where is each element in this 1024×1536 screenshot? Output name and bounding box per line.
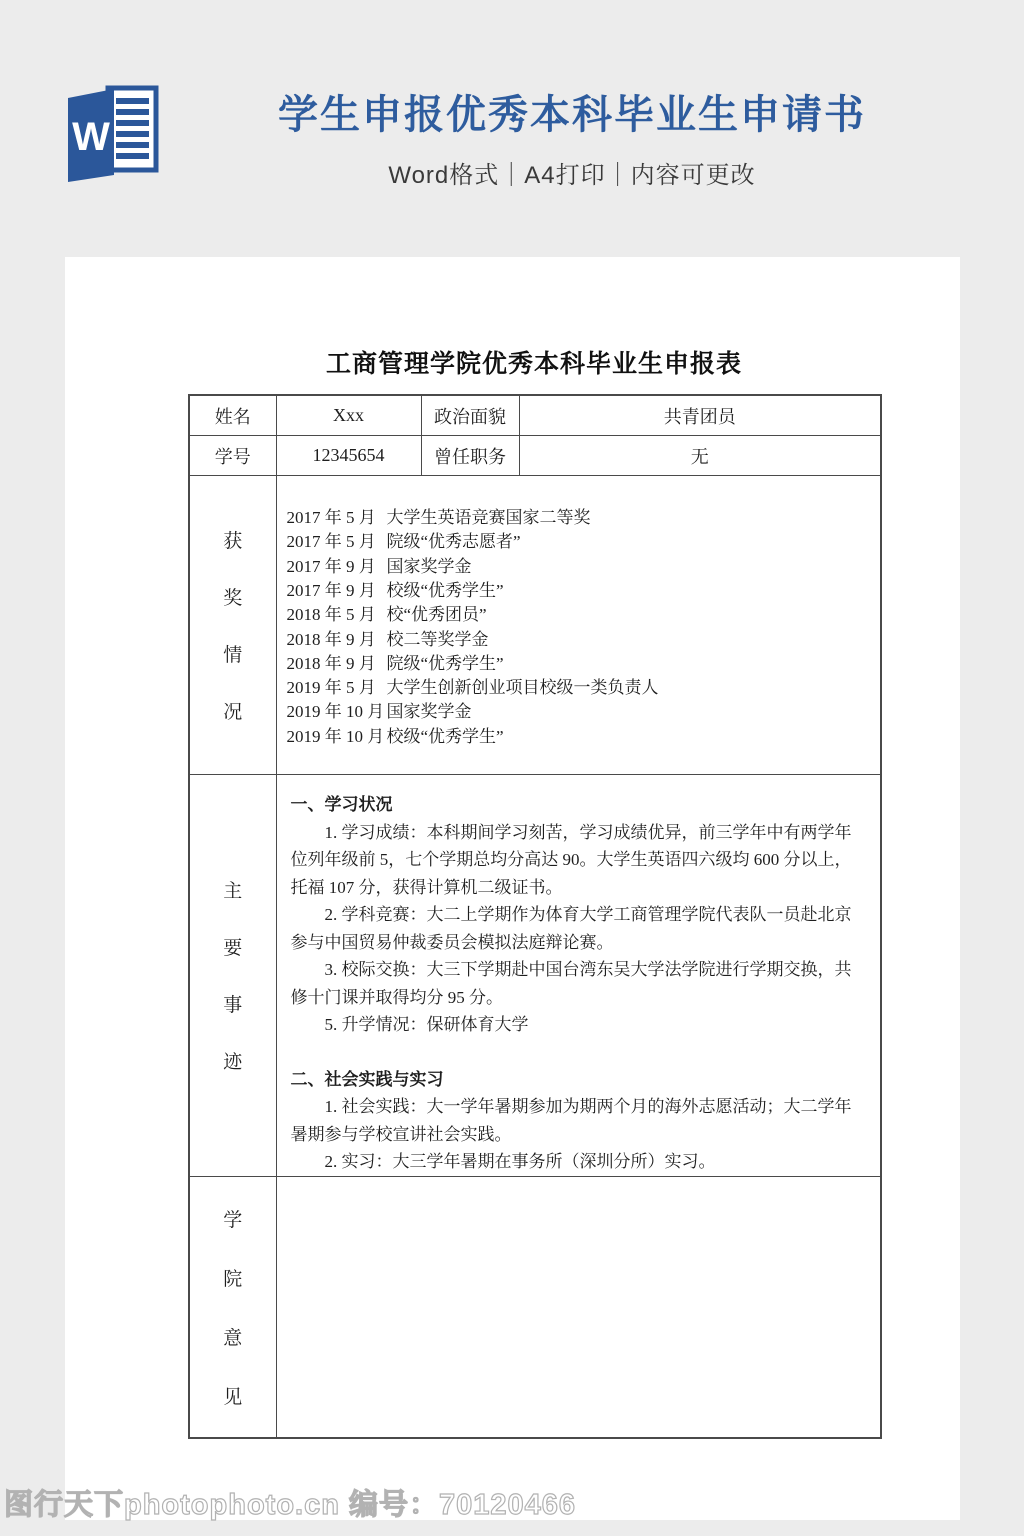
award-item: 2018 年 9 月 院级“优秀学生” [287,652,871,676]
awards-label-char: 况 [223,697,242,724]
awards-list: 2017 年 5 月 大学生英语竞赛国家二等奖 2017 年 5 月 院级“优秀… [287,506,871,749]
deeds-paragraph: 3. 校际交换：大三下学期赴中国台湾东吴大学法学院进行学期交换，共修十门课并取得… [291,956,869,1011]
award-date: 2017 年 9 月 [287,555,387,579]
deeds-label-char: 主 [223,876,242,903]
table-row-name: 姓名 Xxx 政治面貌 共青团员 [189,395,881,436]
award-item: 2019 年 10 月 国家奖学金 [287,700,871,724]
site-watermark: 图行天下photophoto.cn 编号：70120466 [4,1482,576,1523]
awards-section-label-cell: 获 奖 情 况 [189,476,276,775]
deeds-paragraph: 1. 学习成绩：本科期间学习刻苦，学习成绩优异，前三学年中有两学年位列年级前 5… [291,819,869,902]
award-name: 院级“优秀学生” [387,652,871,676]
award-name: 校二等奖学金 [387,628,871,652]
awards-label-char: 获 [223,526,242,553]
opinion-section-label-cell: 学 院 意 见 [189,1176,276,1438]
opinion-label-char: 见 [223,1382,242,1409]
awards-content-cell: 2017 年 5 月 大学生英语竞赛国家二等奖 2017 年 5 月 院级“优秀… [276,476,881,775]
deeds-label-char: 事 [223,990,242,1017]
deeds-paragraph: 2. 实习：大三学年暑期在事务所（深圳分所）实习。 [291,1148,869,1176]
former-position-value: 无 [519,436,881,476]
award-item: 2017 年 9 月 国家奖学金 [287,555,871,579]
awards-label-char: 奖 [223,583,242,610]
form-title: 工商管理学院优秀本科毕业生申报表 [188,344,880,380]
deeds-content-cell: 一、学习状况 1. 学习成绩：本科期间学习刻苦，学习成绩优异，前三学年中有两学年… [276,775,881,1177]
student-id-value: 12345654 [276,436,421,476]
deeds-paragraph: 1. 社会实践：大一学年暑期参加为期两个月的海外志愿活动；大二学年暑期参与学校宣… [291,1093,869,1148]
award-name: 校级“优秀学生” [387,579,871,603]
deeds-heading-study: 一、学习状况 [291,791,869,819]
award-item: 2017 年 9 月 校级“优秀学生” [287,579,871,603]
award-item: 2019 年 10 月 校级“优秀学生” [287,725,871,749]
opinion-label-char: 学 [223,1205,242,1232]
deeds-label-char: 要 [223,933,242,960]
award-item: 2017 年 5 月 院级“优秀志愿者” [287,530,871,554]
template-preview: W 学生申报优秀本科毕业生申请书 Word格式｜A4打印｜内容可更改 工商管理学… [0,0,1024,1536]
former-position-label: 曾任职务 [421,436,519,476]
name-value: Xxx [276,395,421,436]
award-item: 2017 年 5 月 大学生英语竞赛国家二等奖 [287,506,871,530]
deeds-label-char: 迹 [223,1047,242,1074]
awards-label-char: 情 [223,640,242,667]
award-item: 2018 年 5 月 校“优秀团员” [287,603,871,627]
header-banner: W 学生申报优秀本科毕业生申请书 Word格式｜A4打印｜内容可更改 [0,0,1024,257]
award-name: 国家奖学金 [387,555,871,579]
opinion-content-cell [276,1176,881,1438]
award-date: 2017 年 5 月 [287,506,387,530]
document-page: 工商管理学院优秀本科毕业生申报表 姓名 Xxx 政治面貌 共青团员 学号 123… [65,257,960,1520]
award-name: 校级“优秀学生” [387,725,871,749]
table-row-student-id: 学号 12345654 曾任职务 无 [189,436,881,476]
name-label: 姓名 [189,395,276,436]
award-date: 2019 年 10 月 [287,700,387,724]
award-item: 2018 年 9 月 校二等奖学金 [287,628,871,652]
political-status-label: 政治面貌 [421,395,519,436]
award-name: 大学生创新创业项目校级一类负责人 [387,676,871,700]
deeds-paragraph: 2. 学科竞赛：大二上学期作为体育大学工商管理学院代表队一员赴北京参与中国贸易仲… [291,901,869,956]
award-name: 国家奖学金 [387,700,871,724]
deeds-section-label: 主 要 事 迹 [190,876,276,1074]
award-date: 2017 年 5 月 [287,530,387,554]
table-row-opinion: 学 院 意 见 [189,1176,881,1438]
page-title: 学生申报优秀本科毕业生申请书 [120,92,1024,138]
opinion-label-char: 意 [223,1323,242,1350]
student-id-label: 学号 [189,436,276,476]
award-date: 2018 年 9 月 [287,652,387,676]
deeds-heading-practice: 二、社会实践与实习 [291,1066,869,1094]
opinion-section-label: 学 院 意 见 [190,1205,276,1409]
table-row-deeds: 主 要 事 迹 一、学习状况 1. 学习成绩：本科期间学习刻苦，学习成绩优异，前… [189,775,881,1177]
page-subtitle: Word格式｜A4打印｜内容可更改 [120,155,1024,190]
award-date: 2019 年 5 月 [287,676,387,700]
awards-section-label: 获 奖 情 况 [190,526,276,724]
award-date: 2018 年 9 月 [287,628,387,652]
deeds-section-label-cell: 主 要 事 迹 [189,775,276,1177]
award-date: 2019 年 10 月 [287,725,387,749]
award-name: 校“优秀团员” [387,603,871,627]
award-name: 院级“优秀志愿者” [387,530,871,554]
award-name: 大学生英语竞赛国家二等奖 [387,506,871,530]
deeds-paragraph: 5. 升学情况：保研体育大学 [291,1011,869,1039]
opinion-label-char: 院 [223,1264,242,1291]
award-date: 2017 年 9 月 [287,579,387,603]
award-date: 2018 年 5 月 [287,603,387,627]
political-status-value: 共青团员 [519,395,881,436]
header-text-block: 学生申报优秀本科毕业生申请书 Word格式｜A4打印｜内容可更改 [120,92,1024,190]
table-row-awards: 获 奖 情 况 2017 年 5 月 大学生英语竞赛国家二等奖 2017 年 5… [189,476,881,775]
application-form-table: 姓名 Xxx 政治面貌 共青团员 学号 12345654 曾任职务 无 获 奖 [188,394,882,1439]
svg-text:W: W [72,115,110,159]
award-item: 2019 年 5 月 大学生创新创业项目校级一类负责人 [287,676,871,700]
